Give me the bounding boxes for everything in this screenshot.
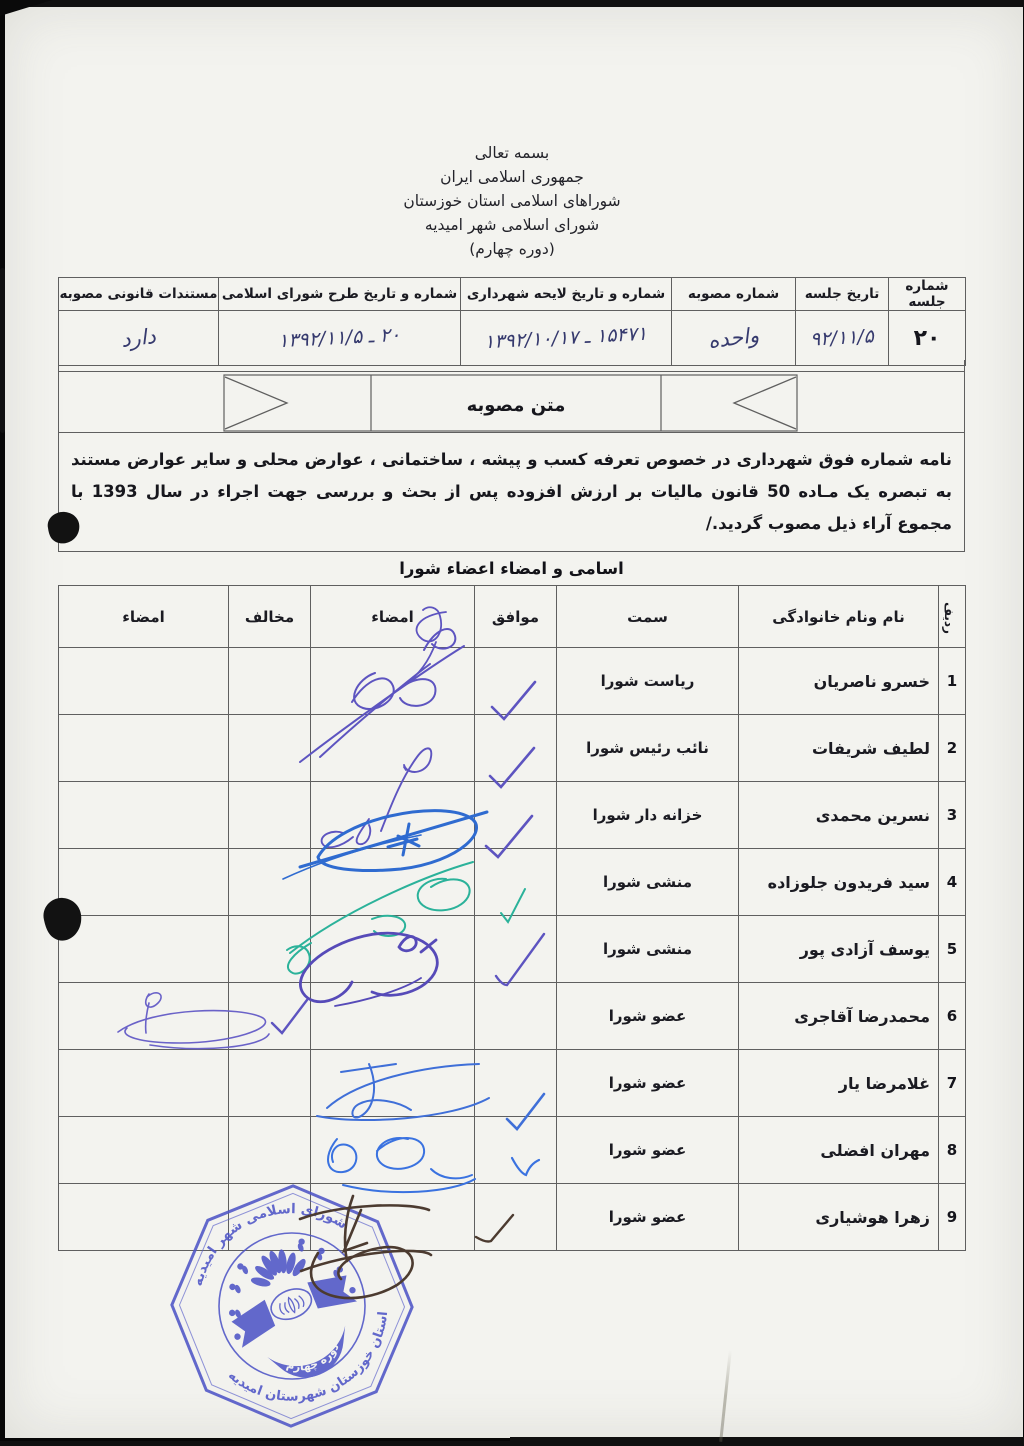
member-position: ریاست شورا (557, 648, 739, 715)
plan-no-date-value: ۲۰ ـ ۱۳۹۲/۱۱/۵ (219, 311, 461, 366)
signature-cell (311, 782, 475, 849)
agree-cell (475, 1184, 557, 1251)
resolution-no-value: واحده (672, 311, 796, 366)
signature-oppose-cell (59, 1117, 229, 1184)
row-no: 4 (939, 849, 966, 916)
col-signature-agree: امضاء (311, 586, 475, 648)
col-position: سمت (557, 586, 739, 648)
signature-cell (311, 1050, 475, 1117)
signature-oppose-cell (59, 782, 229, 849)
member-row-7: 7 غلامرضا یار عضو شورا (59, 1050, 966, 1117)
letterhead: بسمه تعالی جمهوری اسلامی ایران شوراهای ا… (0, 141, 1024, 261)
letterhead-line-country: جمهوری اسلامی ایران (0, 165, 1024, 189)
member-row-9: 9 زهرا هوشیاری عضو شورا (59, 1184, 966, 1251)
signature-cell (311, 648, 475, 715)
member-name: خسرو ناصریان (739, 648, 939, 715)
oppose-cell (229, 1117, 311, 1184)
scan-edge-top (0, 0, 1024, 7)
member-row-6: 6 محمدرضا آقاجری عضو شورا (59, 983, 966, 1050)
bill-no-date-value: ۱۵۴۷۱ ـ ۱۳۹۲/۱۰/۱۷ (461, 311, 672, 366)
signature-oppose-cell (59, 648, 229, 715)
member-name: زهرا هوشیاری (739, 1184, 939, 1251)
members-section-title: اسامی و امضاء اعضاء شورا (58, 553, 965, 585)
signature-oppose-cell (59, 1050, 229, 1117)
scan-edge-bottom-right (510, 1437, 1024, 1446)
signature-oppose-cell (59, 849, 229, 916)
row-no: 7 (939, 1050, 966, 1117)
meta-col-bill: شماره و تاریخ لایحه شهرداری (461, 278, 672, 311)
row-no: 9 (939, 1184, 966, 1251)
ribbon-chevron-right (734, 377, 796, 429)
member-position: خزانه دار شورا (557, 782, 739, 849)
resolution-title-ribbon: متن مصوبه (223, 374, 798, 432)
meta-value-row: ۲۰ ۹۲/۱۱/۵ واحده ۱۵۴۷۱ ـ ۱۳۹۲/۱۰/۱۷ ۲۰ ـ… (59, 311, 966, 366)
oppose-cell (229, 1184, 311, 1251)
agree-cell (475, 715, 557, 782)
member-position: منشی شورا (557, 916, 739, 983)
meta-col-session-no: شماره جلسه (889, 278, 966, 311)
member-name: مهران افضلی (739, 1117, 939, 1184)
oppose-cell (229, 715, 311, 782)
agree-cell (475, 648, 557, 715)
legal-docs-value: دارد (59, 311, 219, 366)
member-position: عضو شورا (557, 1117, 739, 1184)
letterhead-line-province: شوراهای اسلامی استان خوزستان (0, 189, 1024, 213)
signature-cell (311, 916, 475, 983)
row-no: 6 (939, 983, 966, 1050)
oppose-cell (229, 648, 311, 715)
member-position: منشی شورا (557, 849, 739, 916)
row-no: 5 (939, 916, 966, 983)
signature-cell (311, 715, 475, 782)
signature-oppose-cell (59, 1184, 229, 1251)
session-date-value: ۹۲/۱۱/۵ (796, 311, 889, 366)
member-name: یوسف آزادی پور (739, 916, 939, 983)
col-name: نام ونام خانوادگی (739, 586, 939, 648)
row-no: 1 (939, 648, 966, 715)
signature-oppose-cell (59, 983, 229, 1050)
session-no-value: ۲۰ (889, 311, 966, 366)
member-name: غلامرضا یار (739, 1050, 939, 1117)
member-position: عضو شورا (557, 983, 739, 1050)
member-name: نسرین محمدی (739, 782, 939, 849)
agree-cell (475, 849, 557, 916)
member-position: عضو شورا (557, 1050, 739, 1117)
member-row-8: 8 مهران افضلی عضو شورا (59, 1117, 966, 1184)
oppose-cell (229, 916, 311, 983)
scanned-document: { "header": { "line1": "بسمه تعالی", "li… (0, 0, 1024, 1446)
member-row-3: 3 نسرین محمدی خزانه دار شورا (59, 782, 966, 849)
agree-cell (475, 1117, 557, 1184)
oppose-cell (229, 1050, 311, 1117)
member-row-4: 4 سید فریدون جلوزاده منشی شورا (59, 849, 966, 916)
meta-header-row: شماره جلسه تاریخ جلسه شماره مصوبه شماره … (59, 278, 966, 311)
members-table: ردیف نام ونام خانوادگی سمت موافق امضاء م… (58, 585, 966, 1251)
scan-corner-artifact (0, 0, 52, 16)
members-header-row: ردیف نام ونام خانوادگی سمت موافق امضاء م… (59, 586, 966, 648)
member-position: عضو شورا (557, 1184, 739, 1251)
row-no: 2 (939, 715, 966, 782)
member-row-5: 5 یوسف آزادی پور منشی شورا (59, 916, 966, 983)
agree-cell (475, 1050, 557, 1117)
banner-title: متن مصوبه (467, 395, 566, 416)
banner-row: متن مصوبه (59, 371, 964, 433)
meta-col-session-date: تاریخ جلسه (796, 278, 889, 311)
col-oppose: مخالف (229, 586, 311, 648)
member-row-1: 1 خسرو ناصریان ریاست شورا (59, 648, 966, 715)
signature-cell (311, 1117, 475, 1184)
meta-col-legal-docs: مستندات قانونی مصوبه (59, 278, 219, 311)
letterhead-line-city: شورای اسلامی شهر امیدیه (0, 213, 1024, 237)
signature-cell (311, 1184, 475, 1251)
col-agree: موافق (475, 586, 557, 648)
oppose-cell (229, 983, 311, 1050)
meta-col-resolution-no: شماره مصوبه (672, 278, 796, 311)
scan-edge-left (0, 268, 5, 433)
member-row-2: 2 لطیف شریفات نائب رئیس شورا (59, 715, 966, 782)
agree-cell (475, 983, 557, 1050)
meta-table: شماره جلسه تاریخ جلسه شماره مصوبه شماره … (58, 277, 966, 366)
agree-cell (475, 916, 557, 983)
letterhead-line-term: (دوره چهارم) (0, 237, 1024, 261)
signature-cell (311, 849, 475, 916)
member-position: نائب رئیس شورا (557, 715, 739, 782)
oppose-cell (229, 849, 311, 916)
row-no: 3 (939, 782, 966, 849)
ribbon-chevron-left (225, 377, 287, 429)
member-name: سید فریدون جلوزاده (739, 849, 939, 916)
agree-cell (475, 782, 557, 849)
oppose-cell (229, 782, 311, 849)
resolution-box: متن مصوبه نامه شماره فوق شهرداری در خصوص… (58, 360, 965, 552)
signature-oppose-cell (59, 715, 229, 782)
col-signature-oppose: امضاء (59, 586, 229, 648)
signature-cell (311, 983, 475, 1050)
resolution-text: نامه شماره فوق شهرداری در خصوص تعرفه کسب… (71, 444, 952, 541)
col-row-no: ردیف (939, 586, 966, 648)
meta-col-plan: شماره و تاریخ طرح شورای اسلامی (219, 278, 461, 311)
member-name: لطیف شریفات (739, 715, 939, 782)
letterhead-line-basmala: بسمه تعالی (0, 141, 1024, 165)
signature-oppose-cell (59, 916, 229, 983)
row-no: 8 (939, 1117, 966, 1184)
member-name: محمدرضا آقاجری (739, 983, 939, 1050)
